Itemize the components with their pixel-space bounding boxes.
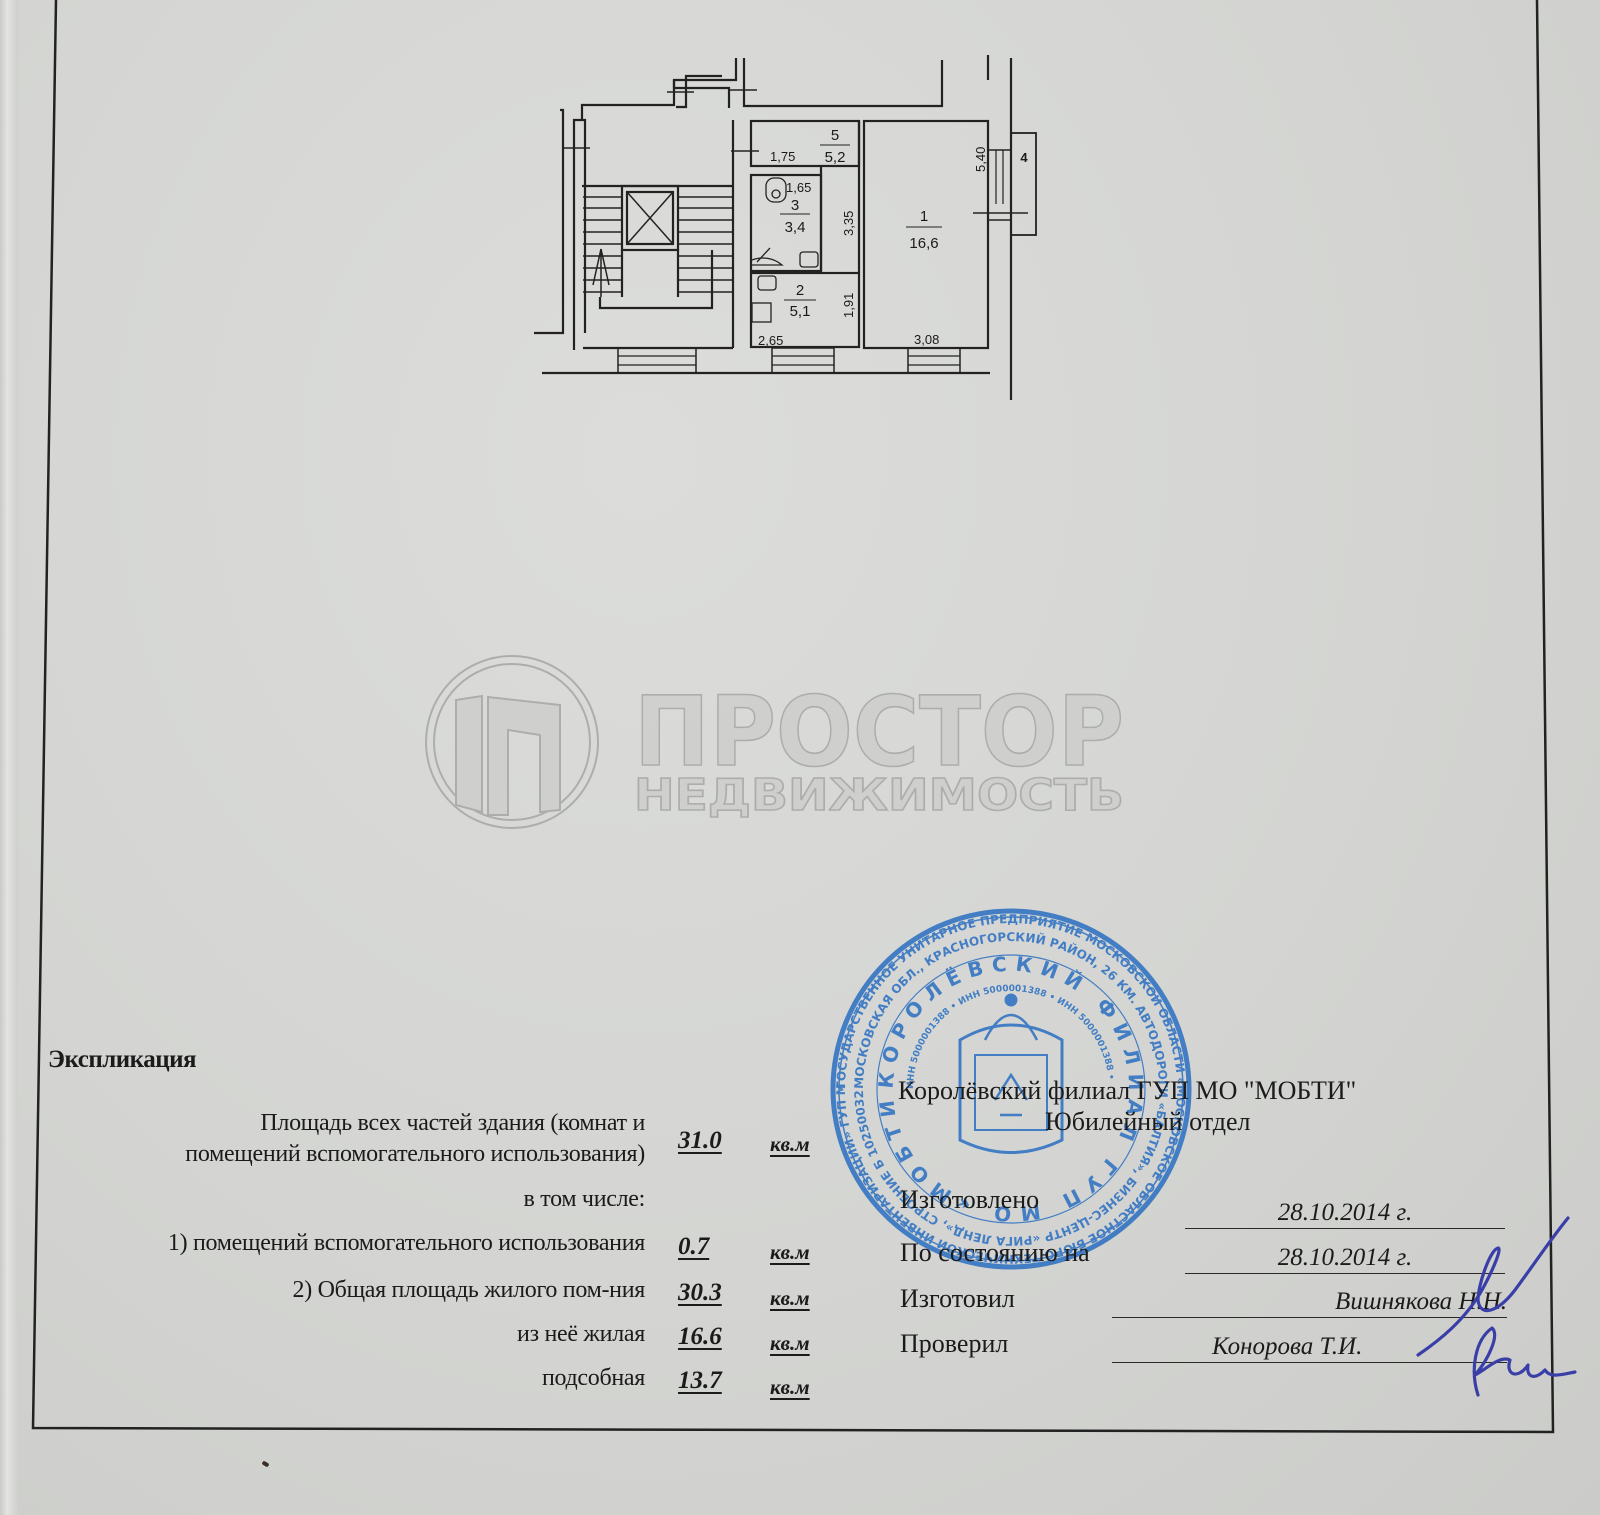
- signatures: [0, 0, 1600, 1515]
- signature-made-by: [1418, 1218, 1568, 1355]
- signature-checked-by: [1474, 1328, 1575, 1395]
